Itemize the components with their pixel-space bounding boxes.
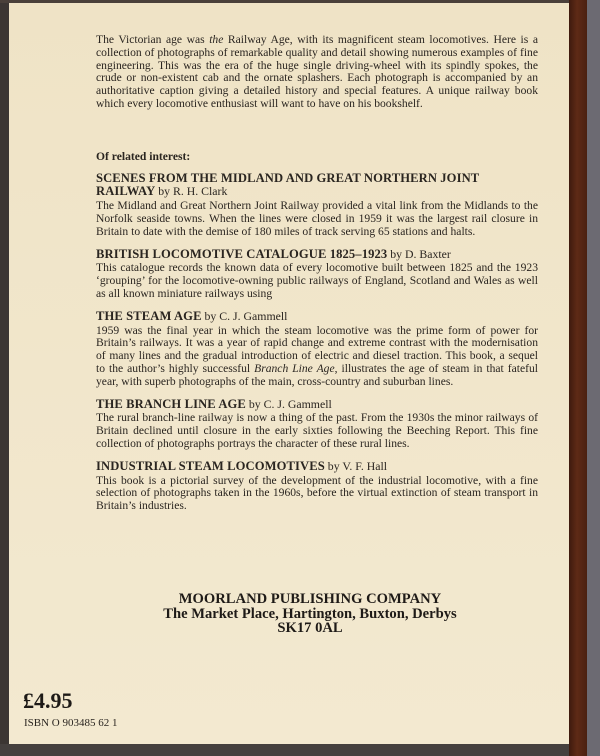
related-heading: Of related interest: xyxy=(96,151,538,164)
price: £4.95 xyxy=(23,690,73,712)
book-description: This catalogue records the known data of… xyxy=(96,262,538,300)
book-author: by C. J. Gammell xyxy=(246,397,332,411)
book-bottom-edge xyxy=(0,744,569,756)
book-title: BRITISH LOCOMOTIVE CATALOGUE 1825–1923 xyxy=(96,247,387,261)
book-author: by V. F. Hall xyxy=(325,459,387,473)
book-author: by C. J. Gammell xyxy=(202,309,288,323)
blurb: The Victorian age was the Railway Age, w… xyxy=(96,34,538,111)
related-book: THE BRANCH LINE AGE by C. J. Gammell The… xyxy=(96,398,538,451)
isbn: ISBN O 903485 62 1 xyxy=(24,718,118,729)
related-book: INDUSTRIAL STEAM LOCOMOTIVES by V. F. Ha… xyxy=(96,460,538,513)
book-title: SCENES FROM THE MIDLAND AND GREAT NORTHE… xyxy=(96,171,479,199)
related-book: SCENES FROM THE MIDLAND AND GREAT NORTHE… xyxy=(96,172,538,239)
book-description: The rural branch-line railway is now a t… xyxy=(96,412,538,450)
blurb-emphasis: the xyxy=(209,33,223,46)
publisher-address: The Market Place, Hartington, Buxton, De… xyxy=(100,607,520,622)
publisher-postcode: SK17 0AL xyxy=(100,621,520,636)
book-author: by R. H. Clark xyxy=(155,184,227,198)
book-description: 1959 was the final year in which the ste… xyxy=(96,325,538,389)
related-book: BRITISH LOCOMOTIVE CATALOGUE 1825–1923 b… xyxy=(96,248,538,301)
book-left-edge xyxy=(0,0,9,756)
book-description: This book is a pictorial survey of the d… xyxy=(96,475,538,513)
book-reference-italic: Branch Line Age xyxy=(254,362,335,375)
book-title: THE STEAM AGE xyxy=(96,309,202,323)
book-description: The Midland and Great Northern Joint Rai… xyxy=(96,200,538,238)
book-author: by D. Baxter xyxy=(387,247,451,261)
book-title: THE BRANCH LINE AGE xyxy=(96,397,246,411)
related-book: THE STEAM AGE by C. J. Gammell 1959 was … xyxy=(96,310,538,389)
cover-text: The Victorian age was the Railway Age, w… xyxy=(96,34,538,522)
background xyxy=(587,0,600,756)
book-title: INDUSTRIAL STEAM LOCOMOTIVES xyxy=(96,459,325,473)
publisher-block: MOORLAND PUBLISHING COMPANY The Market P… xyxy=(100,592,520,636)
book-spine xyxy=(569,0,587,756)
publisher-name: MOORLAND PUBLISHING COMPANY xyxy=(100,592,520,607)
